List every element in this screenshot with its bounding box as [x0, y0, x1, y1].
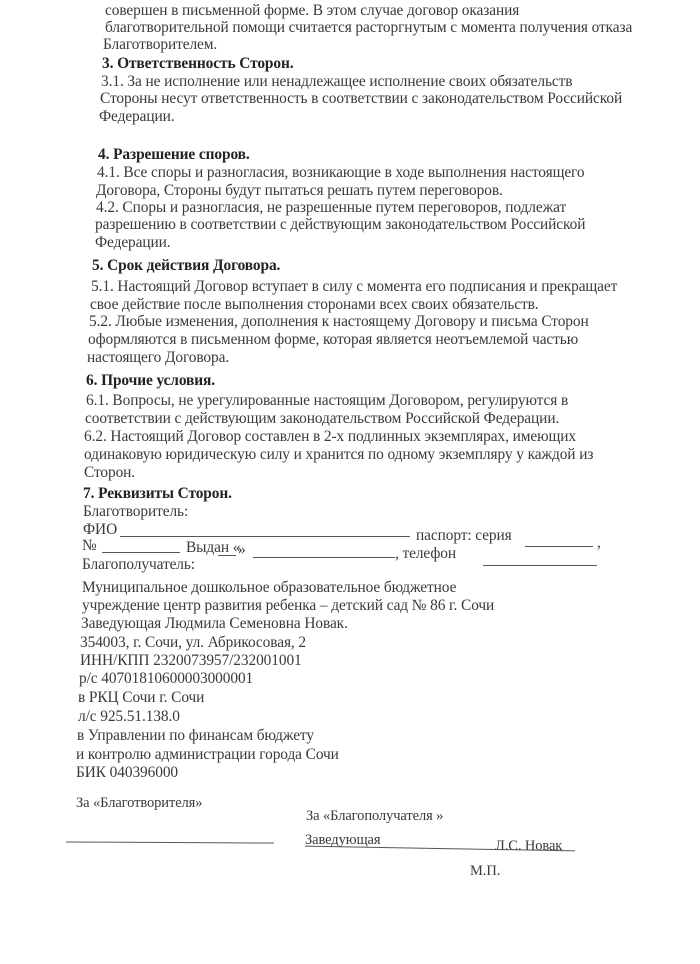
recipient-line: в РКЦ Сочи г. Сочи — [78, 689, 204, 706]
section-line: Стороны несут ответственность в соответс… — [100, 90, 622, 107]
comma: , — [597, 534, 601, 551]
recipient-line: ИНН/КПП 2320073957/232001001 — [80, 652, 302, 669]
section-line: 3.1. За не исполнение или ненадлежащее и… — [101, 73, 572, 90]
section-line: одинаковую юридическую силу и хранится п… — [84, 446, 593, 463]
recipient-line: р/с 40701810600003000001 — [79, 670, 253, 687]
section-line: Федерации. — [95, 234, 171, 251]
intro-line: Благотворителем. — [103, 36, 217, 53]
section-line: 4.1. Все споры и разногласия, возникающи… — [97, 164, 584, 181]
issued-by-blank — [253, 557, 395, 558]
issued-close: » — [238, 541, 246, 558]
section-heading: 6. Прочие условия. — [86, 372, 215, 389]
section-line: Сторон. — [84, 464, 135, 481]
recipient-line: Муниципальное дошкольное образовательное… — [82, 579, 456, 596]
phone-label: , телефон — [395, 545, 456, 562]
section-line: Федерации. — [99, 108, 175, 125]
donor-signature-line — [66, 841, 274, 843]
section-line: настоящего Договора. — [87, 349, 229, 366]
donor-label: Благотворитель: — [83, 503, 188, 520]
recipient-line: л/с 925.51.138.0 — [78, 708, 180, 725]
section-line: 6.2. Настоящий Договор составлен в 2-х п… — [84, 428, 576, 445]
number-label: № — [82, 537, 97, 554]
recipient-line: Заведующая Людмила Семеновна Новак. — [81, 615, 348, 632]
section-line: 6.1. Вопросы, не урегулированные настоящ… — [86, 392, 568, 409]
section-heading: 5. Срок действия Договора. — [92, 257, 280, 274]
section-line: Договора, Стороны будут пытаться решать … — [96, 182, 503, 199]
donor-signature-label: За «Благотворителя» — [76, 795, 202, 812]
intro-line: совершен в письменной форме. В этом случ… — [105, 2, 519, 19]
fio-blank — [120, 536, 410, 537]
recipient-line: и контролю администрации города Сочи — [76, 746, 339, 763]
recipient-signature-label: За «Благополучателя » — [306, 808, 443, 825]
intro-line: благотворительной помощи считается расто… — [105, 19, 632, 36]
issued-day-blank — [218, 555, 236, 556]
section-heading: 3. Ответственность Сторон. — [102, 55, 294, 72]
number-blank — [102, 552, 180, 553]
stamp-label: М.П. — [470, 863, 500, 880]
recipient-line: учреждение центр развития ребенка – детс… — [82, 597, 494, 614]
passport-series-blank — [525, 546, 593, 547]
passport-label: паспорт: серия — [416, 527, 512, 544]
recipient-name: Л.С. Новак — [495, 838, 562, 855]
recipient-line: в Управлении по финансам бюджету — [77, 727, 314, 744]
section-line: оформляются в письменном форме, которая … — [88, 331, 578, 348]
section-line: разрешению в соответствии с действующим … — [95, 216, 585, 233]
fio-label: ФИО — [83, 521, 117, 538]
recipient-line: 354003, г. Сочи, ул. Абрикосовая, 2 — [80, 634, 306, 651]
section-heading: 4. Разрешение споров. — [98, 146, 250, 163]
section-line: 5.2. Любые изменения, дополнения к насто… — [89, 313, 589, 330]
recipient-label: Благополучатель: — [82, 556, 195, 573]
section-line: 5.1. Настоящий Договор вступает в силу с… — [91, 278, 617, 295]
phone-blank — [483, 565, 597, 566]
recipient-line: БИК 040396000 — [76, 764, 178, 781]
section-heading: 7. Реквизиты Сторон. — [83, 485, 232, 502]
section-line: соответствии с действующим законодательс… — [85, 410, 559, 427]
section-line: свое действие после выполнения сторонами… — [90, 296, 539, 313]
issued-label: Выдан « — [186, 539, 240, 556]
section-line: 4.2. Споры и разногласия, не разрешенные… — [96, 199, 566, 216]
